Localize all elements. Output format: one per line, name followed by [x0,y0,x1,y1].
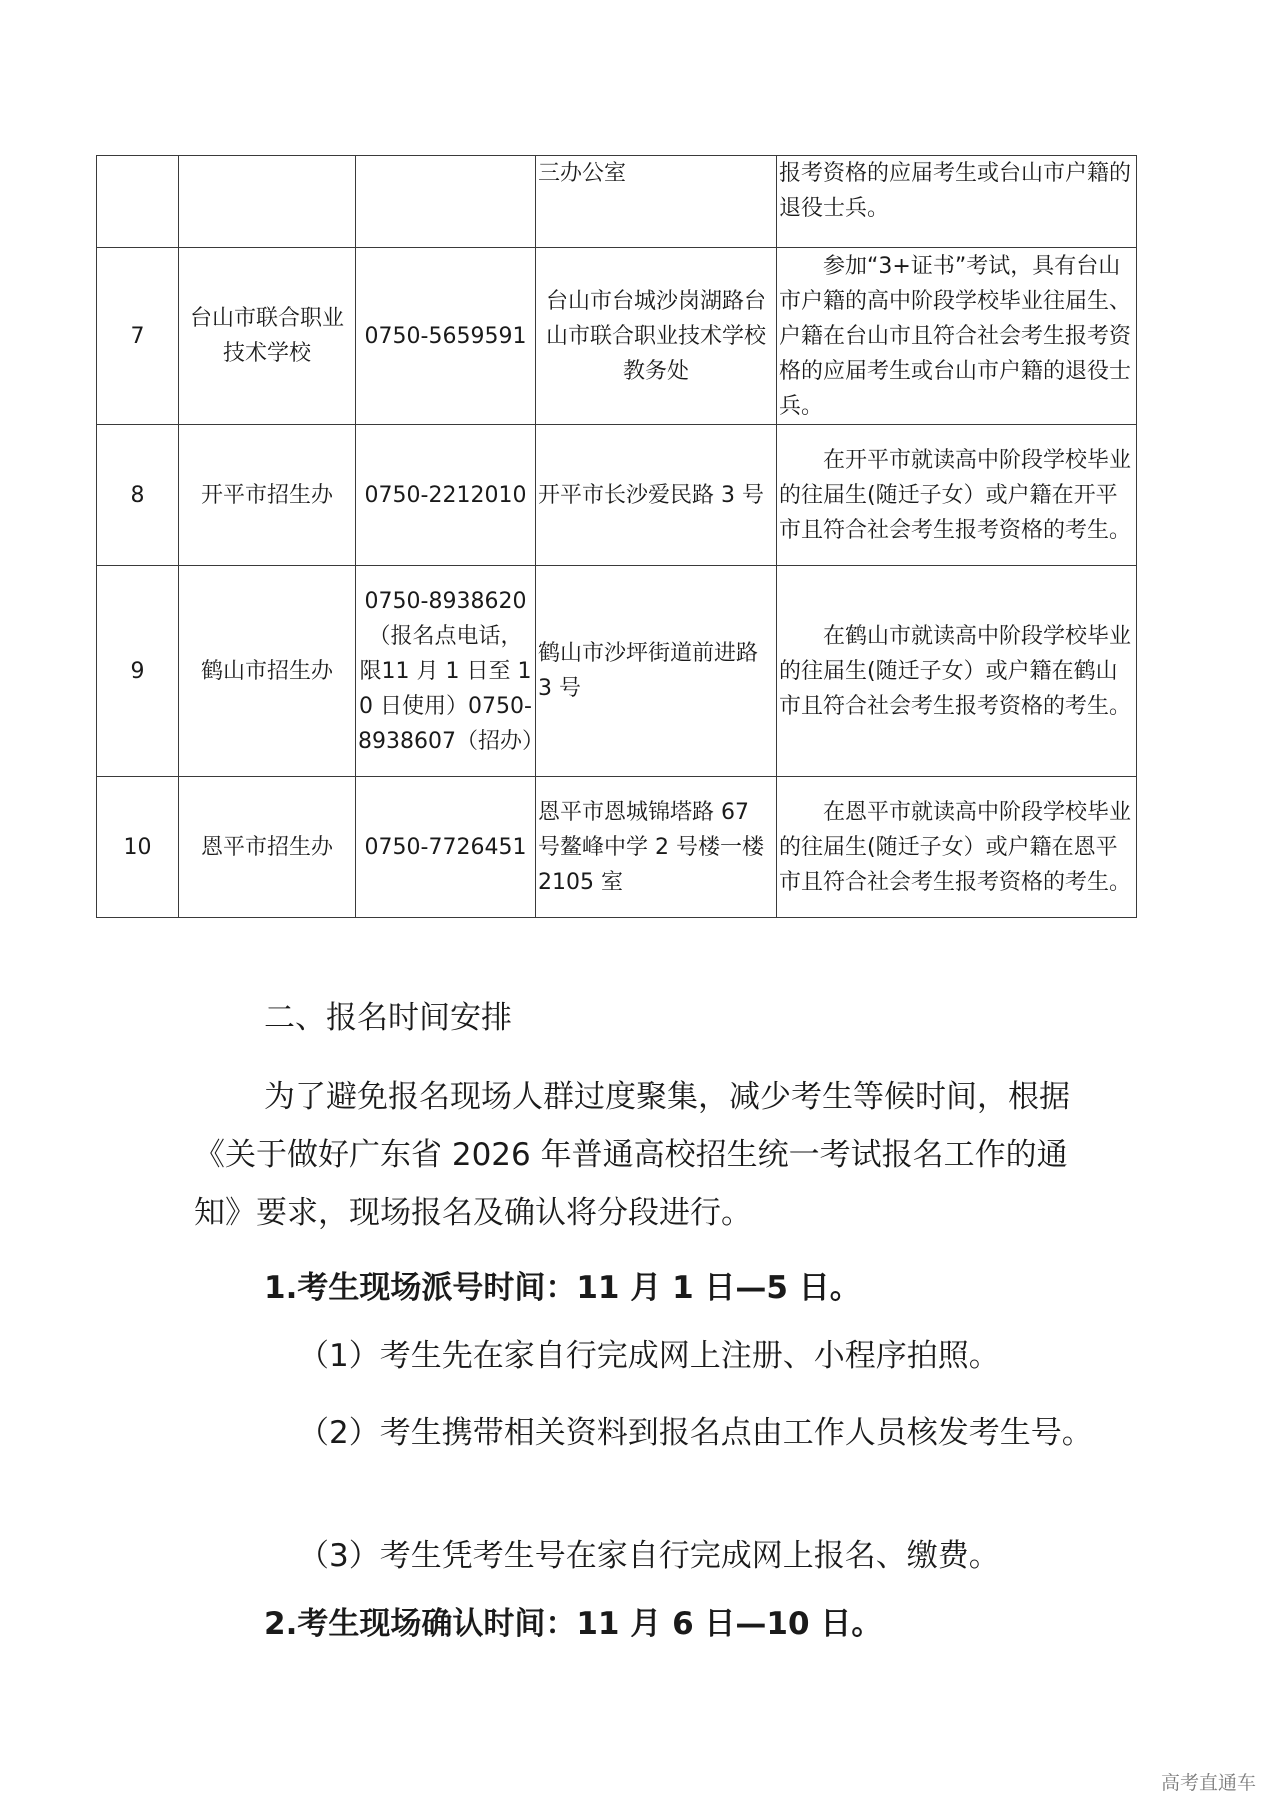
cell-eligibility: 在开平市就读高中阶段学校毕业的往届生(随迁子女）或户籍在开平市且符合社会考生报考… [777,425,1137,566]
intro-paragraph: 为了避免报名现场人群过度聚集，减少考生等候时间，根据《关于做好广东省 2026 … [194,1068,1094,1242]
cell-phone: 0750-2212010 [356,425,536,566]
cell-name: 台山市联合职业技术学校 [179,248,356,425]
cell-name [179,156,356,248]
item1-step-1: （1）考生先在家自行完成网上注册、小程序拍照。 [194,1336,1094,1376]
table-row: 三办公室 报考资格的应届考生或台山市户籍的退役士兵。 [97,156,1137,248]
table-row: 10 恩平市招生办 0750-7726451 恩平市恩城锦塔路 67 号鳌峰中学… [97,777,1137,918]
cell-eligibility: 在鹤山市就读高中阶段学校毕业的往届生(随迁子女）或户籍在鹤山市且符合社会考生报考… [777,566,1137,777]
item1-title: 1.考生现场派号时间：11 月 1 日—5 日。 [194,1268,1094,1308]
cell-address: 开平市长沙爱民路 3 号 [536,425,777,566]
cell-no [97,156,179,248]
cell-address: 鹤山市沙坪街道前进路 3 号 [536,566,777,777]
cell-no: 7 [97,248,179,425]
cell-name: 开平市招生办 [179,425,356,566]
item2-title: 2.考生现场确认时间：11 月 6 日—10 日。 [194,1604,1094,1644]
cell-eligibility: 参加“3+证书”考试，具有台山市户籍的高中阶段学校毕业往届生、户籍在台山市且符合… [777,248,1137,425]
section-heading: 二、报名时间安排 [194,998,1094,1038]
cell-name: 恩平市招生办 [179,777,356,918]
cell-phone: 0750-5659591 [356,248,536,425]
cell-phone: 0750-7726451 [356,777,536,918]
item1-step-2: （2）考生携带相关资料到报名点由工作人员核发考生号。 [194,1404,1094,1462]
cell-no: 9 [97,566,179,777]
cell-address: 三办公室 [536,156,777,248]
item1-step-3: （3）考生凭考生号在家自行完成网上报名、缴费。 [194,1536,1094,1576]
cell-address: 恩平市恩城锦塔路 67 号鳌峰中学 2 号楼一楼 2105 室 [536,777,777,918]
cell-phone: 0750-8938620（报名点电话，限11 月 1 日至 10 日使用）075… [356,566,536,777]
cell-no: 8 [97,425,179,566]
cell-eligibility: 报考资格的应届考生或台山市户籍的退役士兵。 [777,156,1137,248]
registration-points-table: 三办公室 报考资格的应届考生或台山市户籍的退役士兵。 7 台山市联合职业技术学校… [96,155,1137,918]
table-row: 9 鹤山市招生办 0750-8938620（报名点电话，限11 月 1 日至 1… [97,566,1137,777]
cell-address: 台山市台城沙岗湖路台山市联合职业技术学校教务处 [536,248,777,425]
cell-eligibility: 在恩平市就读高中阶段学校毕业的往届生(随迁子女）或户籍在恩平市且符合社会考生报考… [777,777,1137,918]
watermark: 高考直通车 [1161,1768,1256,1795]
table-row: 8 开平市招生办 0750-2212010 开平市长沙爱民路 3 号 在开平市就… [97,425,1137,566]
cell-phone [356,156,536,248]
table-row: 7 台山市联合职业技术学校 0750-5659591 台山市台城沙岗湖路台山市联… [97,248,1137,425]
cell-name: 鹤山市招生办 [179,566,356,777]
cell-no: 10 [97,777,179,918]
